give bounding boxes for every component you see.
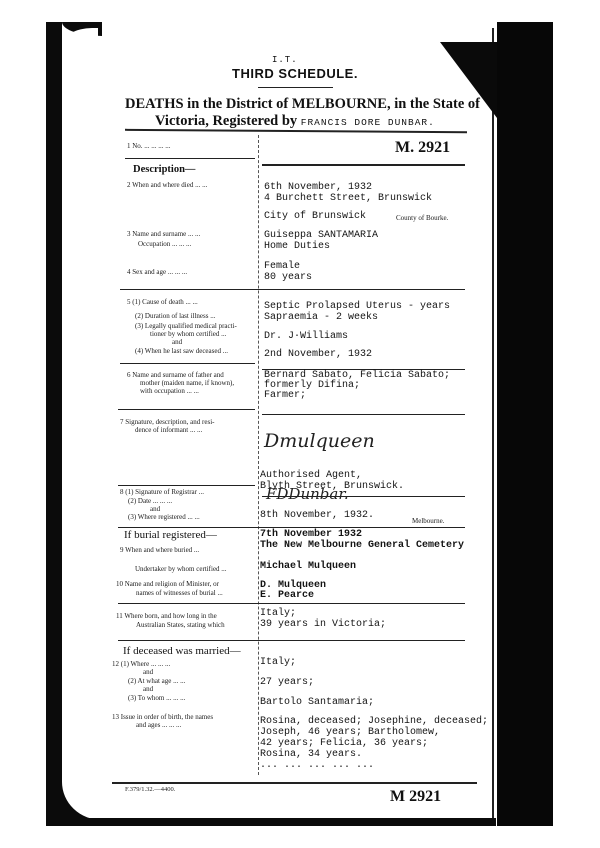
registrar-name: FRANCIS DORE DUNBAR. [301, 117, 435, 128]
field-7-label-b: dence of informant ... ... [135, 426, 202, 435]
scan-page-edge-right [492, 28, 494, 818]
field-8-label-1: 8 (1) Signature of Registrar ... [120, 488, 204, 497]
field-5-label-and: and [172, 338, 182, 347]
witness-2: E. Pearce [260, 590, 314, 601]
rule [118, 603, 465, 604]
registrar-signature: FDDunbar. [266, 485, 349, 503]
document-subtitle: Victoria, Registered by FRANCIS DORE DUN… [155, 113, 435, 130]
description-heading: Description— [133, 164, 195, 175]
schedule-title: THIRD SCHEDULE. [232, 66, 358, 81]
footer-rule [112, 782, 477, 784]
header-rule [258, 87, 333, 88]
cause-of-death: Septic Prolapsed Uterus - years [264, 301, 450, 312]
birthplace: Italy; [260, 608, 296, 619]
death-address: 4 Burchett Street, Brunswick [264, 193, 432, 204]
registered-by-label: Victoria, Registered by [155, 113, 297, 129]
scan-border-left [46, 22, 62, 826]
issue-line-4: Rosina, 34 years. [260, 749, 362, 760]
informant-description: Authorised Agent, [260, 470, 362, 481]
years-in-victoria: 39 years in Victoria; [260, 619, 386, 630]
scan-border-bottom [46, 818, 496, 826]
scan-border-right [497, 22, 553, 826]
register-number: M. 2921 [395, 139, 450, 157]
field-4-label: 4 Sex and age ... ... ... [127, 268, 187, 277]
illness-duration: Sapraemia - 2 weeks [264, 312, 378, 323]
issue-line-3: 42 years; Felicia, 36 years; [260, 738, 428, 749]
death-county: County of Bourke. [396, 214, 448, 223]
death-date: 6th November, 1932 [264, 182, 372, 193]
field-8-label-3: (3) Where registered ... ... [128, 513, 200, 522]
spouse-name: Bartolo Santamaria; [260, 697, 374, 708]
deceased-occupation: Home Duties [264, 241, 330, 252]
deceased-age: 80 years [264, 272, 312, 283]
field-10-label-a: 10 Name and religion of Minister, or [116, 580, 219, 589]
deceased-sex: Female [264, 261, 300, 272]
rule [120, 363, 255, 364]
rule [125, 158, 255, 159]
field-3-label-name: 3 Name and surname ... ... [127, 230, 200, 239]
registration-date: 8th November, 1932. [260, 510, 374, 521]
last-seen-date: 2nd November, 1932 [264, 349, 372, 360]
form-code-footer: F.379/1.32.—4400. [125, 786, 175, 795]
registration-place: Melbourne. [412, 517, 444, 526]
field-12-label-2: (2) At what age ... ... [128, 677, 185, 686]
medical-practitioner: Dr. J·Williams [264, 331, 348, 342]
field-5-label-2: (2) Duration of last illness ... [135, 312, 216, 321]
married-heading: If deceased was married— [123, 645, 241, 657]
field-12-label-and-2: and [143, 685, 153, 694]
field-1-label: 1 No. ... ... ... ... [127, 142, 171, 151]
undertaker-name: Michael Mulqueen [260, 561, 356, 572]
field-13-label-b: and ages ... ... ... [136, 721, 181, 730]
rule [262, 164, 465, 166]
rule [118, 485, 255, 486]
field-11-label-a: 11 Where born, and how long in the [116, 612, 217, 621]
parents-line-3: Farmer; [264, 390, 306, 401]
field-3-label-occupation: Occupation ... ... ... [138, 240, 191, 249]
field-2-label: 2 When and where died ... ... [127, 181, 207, 190]
field-9-label: 9 When and where buried ... [120, 546, 199, 555]
rule [118, 409, 255, 410]
field-5-label-1: 5 (1) Cause of death ... ... [127, 298, 198, 307]
rule [118, 640, 465, 641]
rule [118, 527, 465, 528]
burial-heading: If burial registered— [124, 529, 217, 541]
footer-register-number: M 2921 [390, 788, 441, 806]
field-10-label-b: names of witnesses of burial ... [136, 589, 223, 598]
death-city: City of Brunswick [264, 211, 366, 222]
marriage-place: Italy; [260, 657, 296, 668]
scan-page-curl-top-inner [62, 28, 98, 48]
field-12-label-and-1: and [143, 668, 153, 677]
rule [262, 414, 465, 415]
field-6-label-c: with occupation ... ... [140, 387, 199, 396]
issue-line-2: Joseph, 46 years; Bartholomew, [260, 727, 440, 738]
deceased-name: Guiseppa SANTAMARIA [264, 230, 378, 241]
issue-line-1: Rosina, deceased; Josephine, deceased; [260, 716, 488, 727]
marriage-age: 27 years; [260, 677, 314, 688]
field-5-label-3b: tioner by whom certified ... [150, 330, 226, 339]
field-11-label-b: Australian States, stating which [136, 621, 225, 630]
field-9-label-undertaker: Undertaker by whom certified ... [135, 565, 227, 574]
document-title: DEATHS in the District of MELBOURNE, in … [125, 96, 480, 113]
issue-line-5: ... ... ... ... ... [260, 760, 374, 771]
column-divider [258, 135, 259, 775]
field-5-label-4: (4) When he last saw deceased ... [135, 347, 228, 356]
rule [120, 289, 465, 290]
informant-signature: Dmulqueen [264, 430, 375, 452]
burial-date: 7th November 1932 [260, 529, 362, 540]
burial-place: The New Melbourne General Cemetery [260, 540, 464, 551]
form-code-header: I.T. [272, 55, 298, 65]
field-12-label-1: 12 (1) Where ... ... ... [112, 660, 170, 669]
field-12-label-3: (3) To whom ... ... ... [128, 694, 185, 703]
